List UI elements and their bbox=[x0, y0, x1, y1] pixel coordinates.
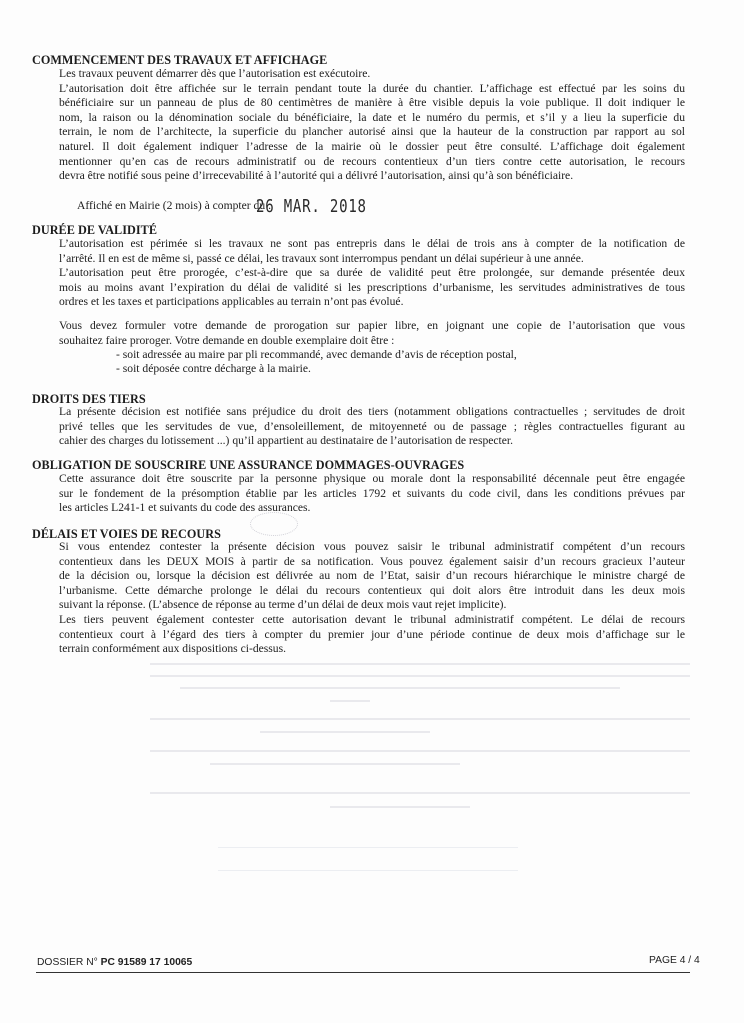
section-title-commencement: COMMENCEMENT DES TRAVAUX ET AFFICHAGE bbox=[32, 53, 327, 68]
text-line: L’autorisation doit être affichée sur le… bbox=[59, 82, 685, 97]
text-line: terrain conformément aux dispositions ci… bbox=[59, 642, 685, 657]
text-line: L’autorisation peut être prorogée, c’est… bbox=[59, 266, 685, 281]
text-line: naturel. Il doit également indiquer l’ad… bbox=[59, 140, 685, 155]
bullet-item: - soit adressée au maire par pli recomma… bbox=[116, 348, 517, 361]
assurance-paragraph: Cette assurance doit être souscrite par … bbox=[59, 472, 685, 516]
document-page: COMMENCEMENT DES TRAVAUX ET AFFICHAGE Le… bbox=[0, 0, 744, 1023]
text-line: Les travaux peuvent démarrer dès que l’a… bbox=[59, 67, 685, 82]
text-line: Les tiers peuvent également contester ce… bbox=[59, 613, 685, 628]
text-line: La présente décision est notifiée sans p… bbox=[59, 405, 685, 420]
text-line: bénéficiaire sur un panneau de plus de 8… bbox=[59, 96, 685, 111]
section-title-assurance: OBLIGATION DE SOUSCRIRE UNE ASSURANCE DO… bbox=[32, 458, 464, 473]
commencement-paragraph: Les travaux peuvent démarrer dès que l’a… bbox=[59, 67, 685, 184]
duree-paragraph: L’autorisation est périmée si les travau… bbox=[59, 237, 685, 310]
dossier-number: PC 91589 17 10065 bbox=[101, 957, 193, 968]
text-line: privé telles que les servitudes de vue, … bbox=[59, 420, 685, 435]
droits-paragraph: La présente décision est notifiée sans p… bbox=[59, 405, 685, 449]
text-line: Si vous entendez contester la présente d… bbox=[59, 540, 685, 555]
text-line: contentieux court à l’égard des tiers à … bbox=[59, 628, 685, 643]
text-line: devra être notifié sous peine d’irreceva… bbox=[59, 169, 685, 184]
text-line: L’autorisation est périmée si les travau… bbox=[59, 237, 685, 252]
text-line: nom, la raison ou la dénomination social… bbox=[59, 111, 685, 126]
text-line: Cette assurance doit être souscrite par … bbox=[59, 472, 685, 487]
text-line: sur le fondement de la présomption établ… bbox=[59, 487, 685, 502]
delais-paragraph: Si vous entendez contester la présente d… bbox=[59, 540, 685, 657]
text-line: suivant la réponse. (L’absence de répons… bbox=[59, 598, 685, 613]
bullet-item: - soit déposée contre décharge à la mair… bbox=[116, 362, 311, 375]
text-line: l’urbanisme. Cette démarche prolonge le … bbox=[59, 584, 685, 599]
dossier-reference: DOSSIER N° PC 91589 17 10065 bbox=[37, 957, 192, 968]
affichage-label: Affiché en Mairie (2 mois) à compter du … bbox=[77, 199, 271, 212]
text-line: cahier des charges du lotissement ...) q… bbox=[59, 434, 685, 449]
text-line: contentieux dans les DEUX MOIS à partir … bbox=[59, 555, 685, 570]
text-line: l’arrêté. Il en est de même si, passé ce… bbox=[59, 252, 685, 267]
footer-divider bbox=[36, 972, 690, 973]
text-line: terrain, le nom de l’architecte, la supe… bbox=[59, 125, 685, 140]
text-line: Vous devez formuler votre demande de pro… bbox=[59, 319, 685, 334]
text-line: les articles L241-1 et suivants du code … bbox=[59, 501, 685, 516]
page-number: PAGE 4 / 4 bbox=[649, 955, 700, 966]
text-line: ordres et les taxes et participations ap… bbox=[59, 295, 685, 310]
prorogation-paragraph: Vous devez formuler votre demande de pro… bbox=[59, 319, 685, 348]
text-line: mentionner qu’en cas de recours administ… bbox=[59, 155, 685, 170]
text-line: de la décision ou, lorsque la décision e… bbox=[59, 569, 685, 584]
text-line: souhaitez faire proroger. Votre demande … bbox=[59, 334, 685, 349]
date-stamp: 26 MAR. 2018 bbox=[256, 196, 367, 217]
section-title-duree: DURÉE DE VALIDITÉ bbox=[32, 223, 157, 238]
dossier-label: DOSSIER N° bbox=[37, 957, 98, 968]
text-line: mois au moins avant l’expiration du déla… bbox=[59, 281, 685, 296]
